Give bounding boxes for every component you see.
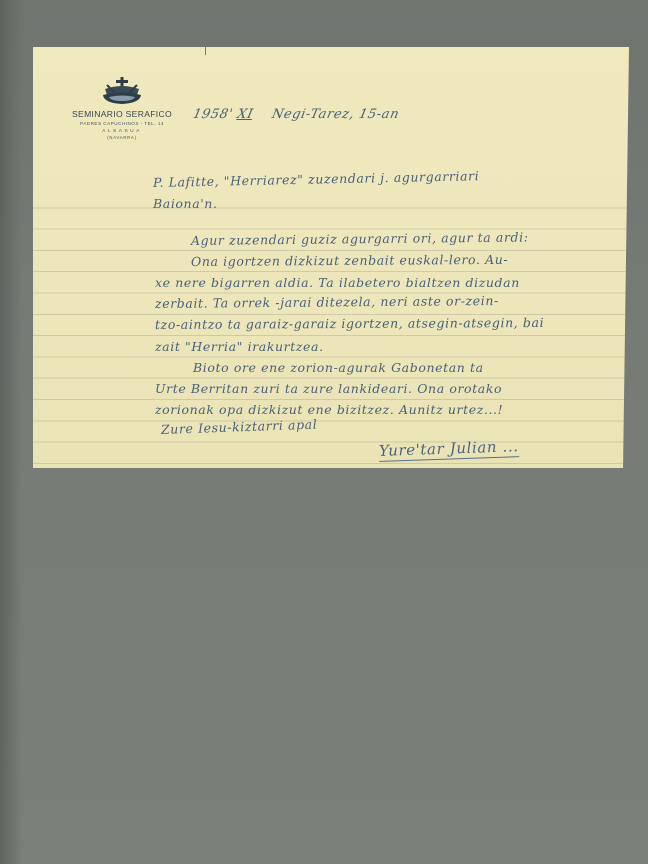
- body-line: zorionak opa dizkizut ene bizitzez. Auni…: [155, 402, 503, 417]
- letterhead: SEMINARIO SERAFICO PADRES CAPUCHINOS - T…: [67, 77, 177, 140]
- body-line: xe nere bigarren aldia. Ta ilabetero bia…: [155, 275, 520, 290]
- capuchin-crest-icon: [97, 77, 147, 105]
- dateline: 1958' XI Negi-Tarez, 15-an: [191, 107, 400, 122]
- body-line: Ona igortzen dizkizut zenbait euskal-ler…: [191, 252, 508, 269]
- scan-edge-shadow: [0, 0, 22, 864]
- body-line: zerbait. Ta orrek -jarai ditezela, neri …: [155, 293, 499, 311]
- letterhead-title: SEMINARIO SERAFICO: [67, 109, 177, 119]
- letterhead-town: ALSASUA: [67, 129, 177, 134]
- letter-paper: SEMINARIO SERAFICO PADRES CAPUCHINOS - T…: [33, 47, 629, 468]
- paper-mark: [205, 47, 206, 55]
- date-month: XI: [236, 107, 255, 122]
- recipient-line-2: Baiona'n.: [153, 196, 218, 211]
- body-line: tzo-aintzo ta garaiz-garaiz igortzen, at…: [155, 315, 544, 332]
- body-line: Urte Berritan zuri ta zure lankideari. O…: [155, 381, 502, 396]
- date-day: Negi-Tarez, 15-an: [270, 107, 400, 122]
- body-line: Bioto ore ene zorion-agurak Gabonetan ta: [193, 360, 484, 375]
- date-year: 1958': [191, 107, 234, 122]
- letterhead-subtitle: PADRES CAPUCHINOS - TEL. 14: [67, 121, 177, 126]
- body-line: zait "Herria" irakurtzea.: [155, 339, 324, 354]
- letterhead-region: (NAVARRA): [67, 135, 177, 140]
